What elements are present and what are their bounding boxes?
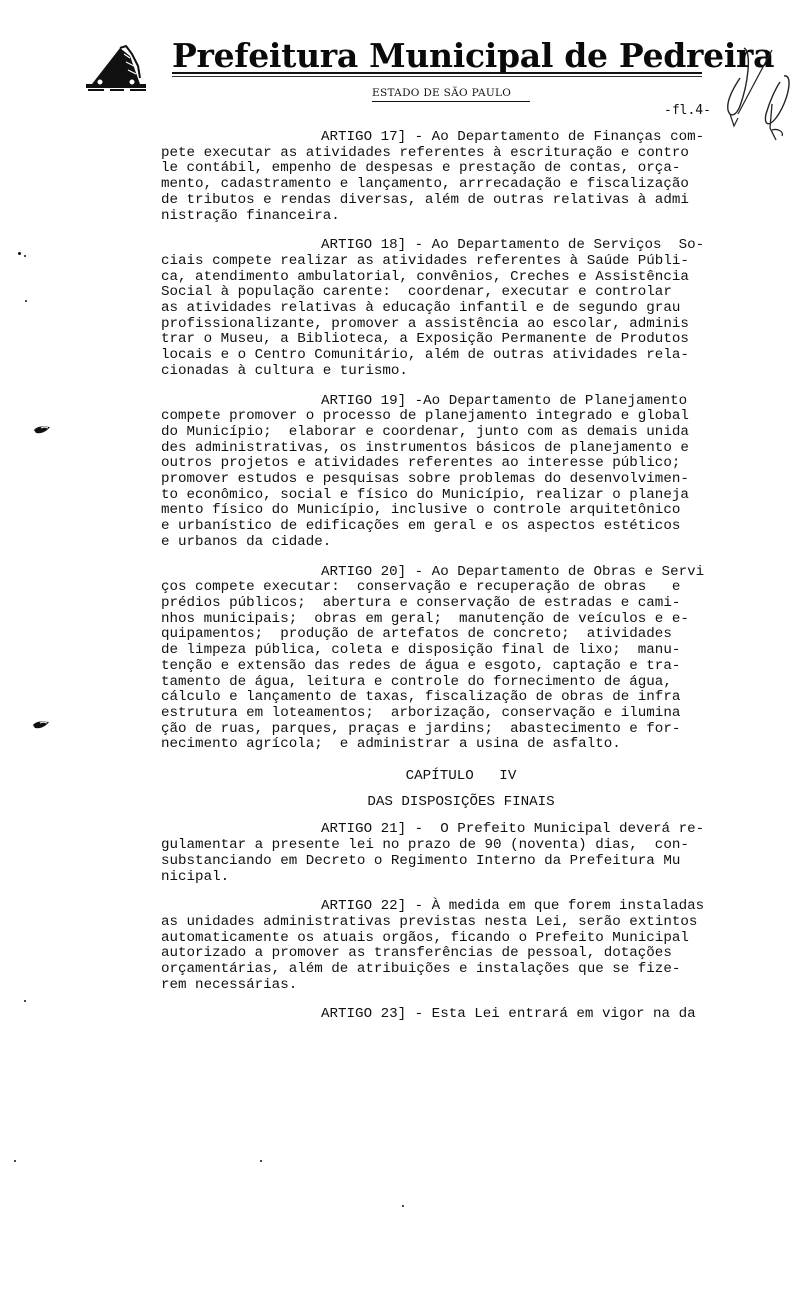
margin-speck bbox=[24, 255, 26, 257]
article-line: as unidades administrativas previstas ne… bbox=[161, 915, 761, 931]
article-line: cálculo e lançamento de taxas, fiscaliza… bbox=[161, 690, 761, 706]
article-line: cionadas à cultura e turismo. bbox=[161, 364, 761, 380]
letterhead-state: ESTADO DE SÃO PAULO bbox=[372, 87, 511, 99]
article-heading: ARTIGO 20] - Ao Departamento de Obras e … bbox=[161, 565, 761, 581]
chapter-title: DAS DISPOSIÇÕES FINAIS bbox=[161, 795, 761, 811]
page-folio: -fl.4- bbox=[664, 103, 711, 118]
article-line: e urbanos da cidade. bbox=[161, 535, 761, 551]
article-line: le contábil, empenho de despesas e prest… bbox=[161, 161, 761, 177]
article-line: nicipal. bbox=[161, 870, 761, 886]
article-line: prédios públicos; abertura e conservação… bbox=[161, 596, 761, 612]
article-line: de tributos e rendas diversas, além de o… bbox=[161, 193, 761, 209]
article-heading: ARTIGO 18] - Ao Departamento de Serviços… bbox=[161, 238, 761, 254]
article-line: autorizado a promover as transferências … bbox=[161, 946, 761, 962]
margin-speck bbox=[14, 1160, 16, 1162]
article-line: rem necessárias. bbox=[161, 978, 761, 994]
letterhead-title: Prefeitura Municipal de Pedreira bbox=[172, 36, 732, 75]
article-line: as atividades relativas à educação infan… bbox=[161, 301, 761, 317]
article-line: ciais compete realizar as atividades ref… bbox=[161, 254, 761, 270]
letterhead-rule-thin bbox=[172, 76, 702, 77]
margin-speck bbox=[24, 1000, 26, 1002]
article-heading: ARTIGO 23] - Esta Lei entrará em vigor n… bbox=[161, 1007, 761, 1023]
article-22: ARTIGO 22] - À medida em que forem insta… bbox=[161, 899, 761, 993]
article-heading: ARTIGO 21] - O Prefeito Municipal deverá… bbox=[161, 822, 761, 838]
article-line: des administrativas, os instrumentos bás… bbox=[161, 441, 761, 457]
margin-blot-icon bbox=[32, 720, 50, 730]
chapter-label: CAPÍTULO IV bbox=[161, 769, 761, 785]
article-line: pete executar as atividades referentes à… bbox=[161, 146, 761, 162]
article-line: profissionalizante, promover a assistênc… bbox=[161, 317, 761, 333]
article-line: orçamentárias, além de atribuições e ins… bbox=[161, 962, 761, 978]
article-line: substanciando em Decreto o Regimento Int… bbox=[161, 854, 761, 870]
article-line: gulamentar a presente lei no prazo de 90… bbox=[161, 838, 761, 854]
article-line: necimento agrícola; e administrar a usin… bbox=[161, 737, 761, 753]
article-line: promover estudos e pesquisas sobre probl… bbox=[161, 472, 761, 488]
article-line: mento físico do Município, inclusive o c… bbox=[161, 503, 761, 519]
article-18: ARTIGO 18] - Ao Departamento de Serviços… bbox=[161, 238, 761, 379]
state-underline bbox=[372, 101, 530, 102]
article-line: ços compete executar: conservação e recu… bbox=[161, 580, 761, 596]
article-19: ARTIGO 19] -Ao Departamento de Planejame… bbox=[161, 394, 761, 551]
article-line: outros projetos e atividades referentes … bbox=[161, 456, 761, 472]
article-23: ARTIGO 23] - Esta Lei entrará em vigor n… bbox=[161, 1007, 761, 1023]
article-line: trar o Museu, a Biblioteca, a Exposição … bbox=[161, 332, 761, 348]
margin-speck bbox=[18, 252, 21, 255]
article-line: do Município; elaborar e coordenar, junt… bbox=[161, 425, 761, 441]
margin-speck bbox=[25, 300, 27, 302]
article-line: estrutura em loteamentos; arborização, c… bbox=[161, 706, 761, 722]
article-21: ARTIGO 21] - O Prefeito Municipal deverá… bbox=[161, 822, 761, 885]
article-line: e urbanístico de edificações em geral e … bbox=[161, 519, 761, 535]
article-17: ARTIGO 17] - Ao Departamento de Finanças… bbox=[161, 130, 761, 224]
document-page: Prefeitura Municipal de Pedreira ESTADO … bbox=[0, 0, 800, 1302]
article-line: Social à população carente: coordenar, e… bbox=[161, 285, 761, 301]
article-line: ção de ruas, parques, praças e jardins; … bbox=[161, 722, 761, 738]
article-line: mento, cadastramento e lançamento, arrre… bbox=[161, 177, 761, 193]
article-line: to econômico, social e físico do Municíp… bbox=[161, 488, 761, 504]
article-heading: ARTIGO 19] -Ao Departamento de Planejame… bbox=[161, 394, 761, 410]
handwritten-signature-icon bbox=[718, 44, 800, 144]
article-line: ca, atendimento ambulatorial, convênios,… bbox=[161, 270, 761, 286]
article-heading: ARTIGO 17] - Ao Departamento de Finanças… bbox=[161, 130, 761, 146]
margin-speck bbox=[260, 1160, 262, 1162]
article-line: tenção e extensão das redes de água e es… bbox=[161, 659, 761, 675]
article-line: quipamentos; produção de artefatos de co… bbox=[161, 627, 761, 643]
article-line: de limpeza pública, coleta e disposição … bbox=[161, 643, 761, 659]
article-20: ARTIGO 20] - Ao Departamento de Obras e … bbox=[161, 565, 761, 753]
article-line: locais e o Centro Comunitário, além de o… bbox=[161, 348, 761, 364]
coat-of-arms-icon bbox=[80, 44, 154, 94]
article-line: compete promover o processo de planejame… bbox=[161, 409, 761, 425]
document-body: ARTIGO 17] - Ao Departamento de Finanças… bbox=[161, 130, 761, 1037]
article-line: tamento de água, leitura e controle do f… bbox=[161, 675, 761, 691]
article-line: nistração financeira. bbox=[161, 209, 761, 225]
article-line: nhos municipais; obras em geral; manuten… bbox=[161, 612, 761, 628]
margin-speck bbox=[402, 1205, 404, 1207]
margin-blot-icon bbox=[33, 425, 51, 435]
article-line: automaticamente os atuais orgãos, ficand… bbox=[161, 931, 761, 947]
letterhead-rule bbox=[172, 72, 702, 74]
article-heading: ARTIGO 22] - À medida em que forem insta… bbox=[161, 899, 761, 915]
